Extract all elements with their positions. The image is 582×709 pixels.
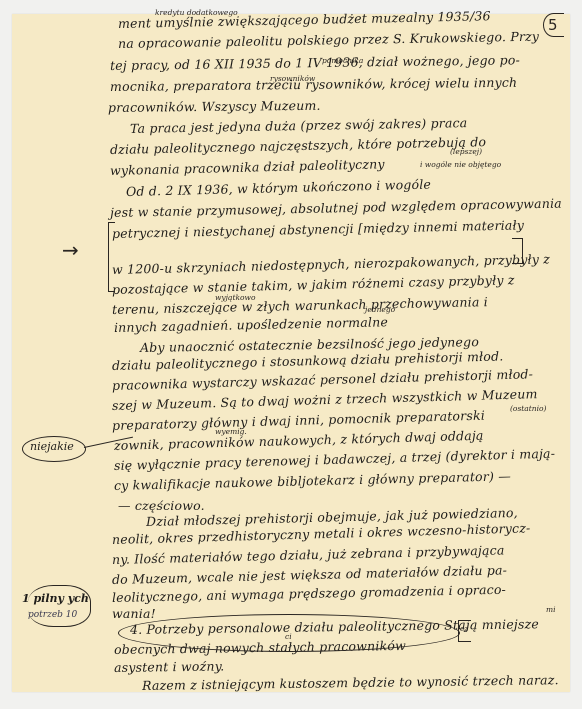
interlinear-insertion: wyemig. [215, 427, 247, 436]
inserted-box-stajac [458, 620, 471, 642]
interlinear-insertion: pomocnika [322, 56, 363, 65]
interlinear-insertion: mi [546, 605, 556, 614]
manuscript-line: wania! [112, 606, 156, 621]
margin-note-niejakie: niejakie [30, 440, 74, 453]
interlinear-insertion: (lepszej) [450, 147, 482, 156]
interlinear-insertion: jednego [365, 305, 395, 314]
interlinear-insertion: kredytu dodatkowego [155, 8, 238, 17]
manuscript-line: — częściowo. [118, 498, 205, 513]
insertion-bracket [108, 222, 115, 292]
manuscript-line: pracowników. Wszyscy Muzeum. [108, 98, 321, 115]
interlinear-insertion: rysowników [270, 74, 315, 83]
page-number-circle [543, 13, 564, 37]
insertion-bracket-right [512, 238, 523, 264]
margin-note-pilny: 1 pilny ych [22, 592, 89, 605]
manuscript-line: asystent i woźny. [114, 658, 225, 675]
section-heading-oval [118, 614, 460, 652]
margin-arrow-icon: → [62, 238, 79, 262]
interlinear-insertion: wyjątkowo [215, 293, 255, 302]
margin-note-potrzeb: potrzeb 10 [28, 610, 77, 620]
interlinear-insertion: (ostatnio) [510, 404, 546, 413]
interlinear-insertion: i wogóle nie objętego [420, 160, 501, 169]
